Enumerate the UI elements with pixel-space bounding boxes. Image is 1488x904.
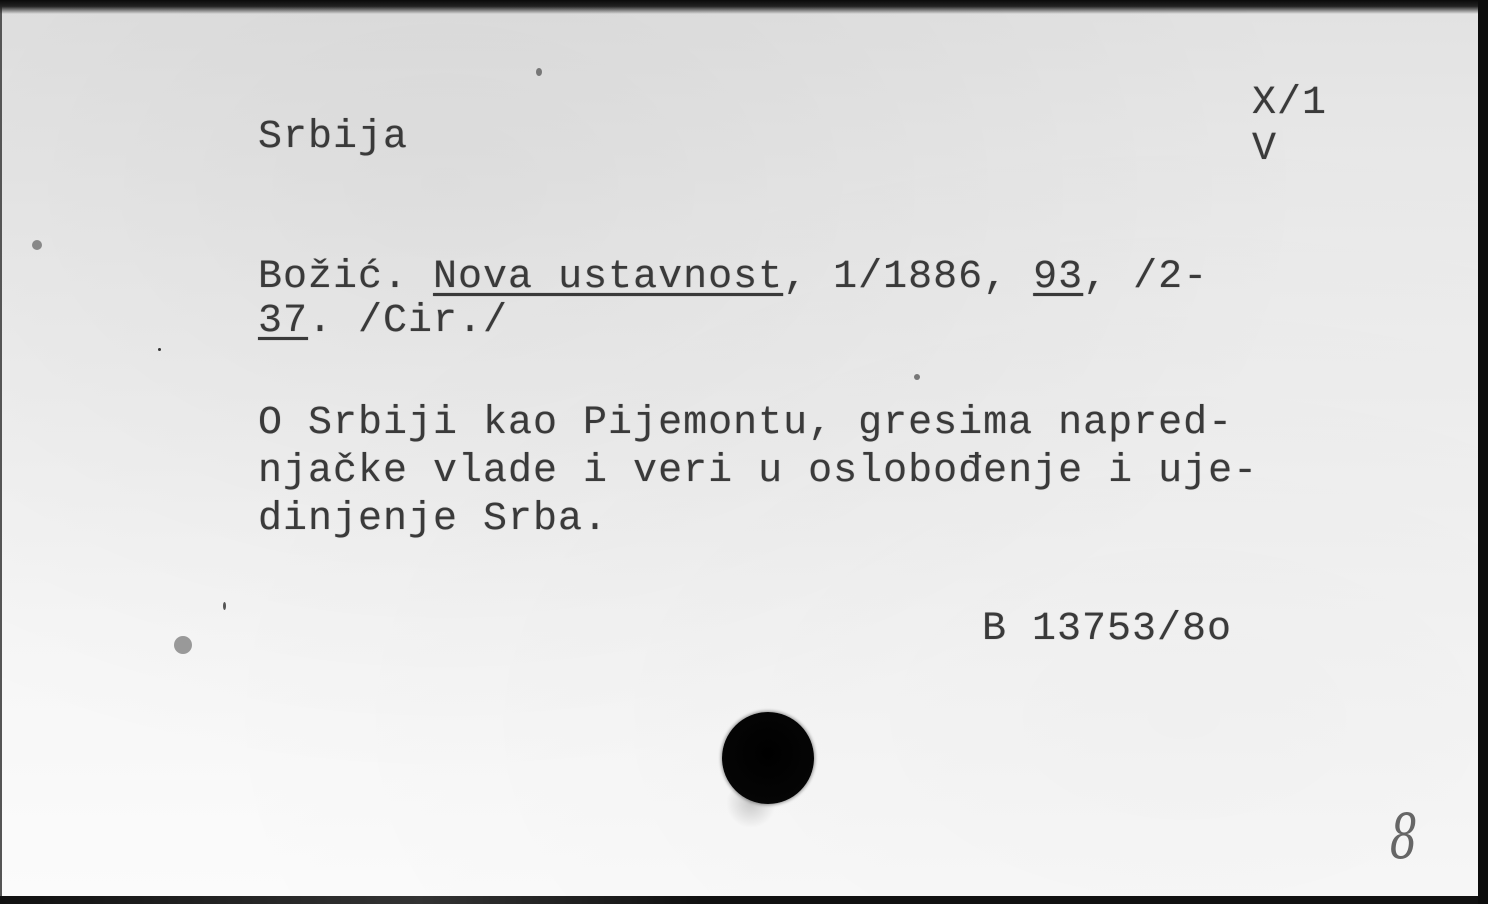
citation-pages-end: 37 — [258, 299, 308, 344]
subject-heading: Srbija — [258, 118, 408, 158]
paper-speck — [914, 374, 920, 380]
shelfmark: B 13753/8o — [982, 610, 1232, 650]
citation-line-2: 37. /Cir./ — [258, 302, 508, 342]
paper-speck — [536, 68, 542, 76]
citation-pages-start: , /2- — [1083, 255, 1208, 300]
handwritten-number: 8 — [1390, 806, 1418, 868]
paper-speck — [32, 240, 42, 250]
card-paper: Srbija X/1 V Božić. Nova ustavnost, 1/18… — [0, 6, 1480, 896]
abstract-line-2: njačke vlade i veri u oslobođenje i uje- — [258, 452, 1258, 492]
abstract-line-1: O Srbiji kao Pijemontu, gresima napred- — [258, 404, 1233, 444]
citation-title: Nova ustavnost — [433, 255, 783, 300]
punch-hole — [722, 712, 814, 804]
abstract-line-3: dinjenje Srba. — [258, 500, 608, 540]
citation-volume-year: , 1/1886, — [783, 255, 1033, 300]
paper-speck — [174, 636, 192, 654]
citation-line-1: Božić. Nova ustavnost, 1/1886, 93, /2- — [258, 258, 1208, 298]
citation-separator: . — [308, 299, 358, 344]
classification-line-1: X/1 — [1252, 84, 1327, 124]
citation-script-note: /Cir./ — [358, 299, 508, 344]
scanned-catalog-card: Srbija X/1 V Božić. Nova ustavnost, 1/18… — [0, 0, 1488, 904]
paper-speck — [223, 602, 226, 610]
citation-author: Božić. — [258, 255, 408, 300]
classification-line-2: V — [1252, 130, 1277, 170]
scan-right-edge — [1478, 0, 1488, 904]
scan-top-edge — [0, 0, 1488, 14]
paper-speck — [158, 348, 161, 351]
citation-issue: 93 — [1033, 255, 1083, 300]
scan-bottom-edge — [0, 896, 700, 904]
